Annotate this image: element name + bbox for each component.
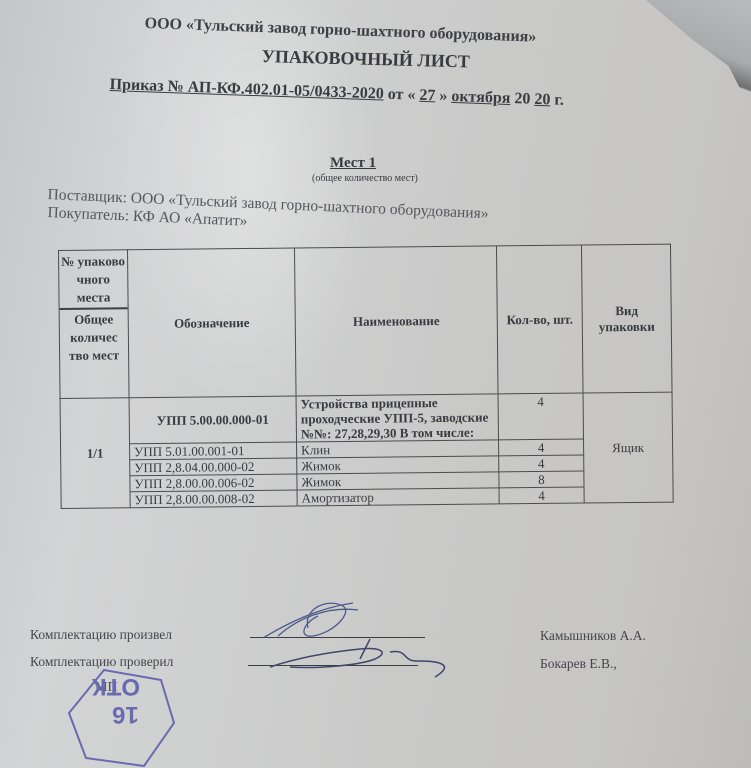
folded-paper-corner [601,0,751,110]
stamp-otk-text: ОТК [92,672,140,700]
sub-qty: 4 [499,439,584,456]
assembled-by-label: Комплектацию произвел [30,627,172,643]
places-count-caption: (общее количество мест) [312,173,418,184]
order-prefix: Приказ № [109,76,188,96]
sub-designation: УПП 2,8.00.00.008-02 [130,490,297,508]
sub-designation: УПП 2,8.00.00.006-02 [130,474,297,492]
order-month: октября [451,88,511,107]
header-place-total-label: Общее количес тво мест [60,309,129,366]
main-name: Устройства прицепные проходческие УПП-5,… [296,394,498,442]
checked-by-name: Бокарев Е.В., [540,656,617,672]
table-row-main: 1/1 УПП 5.00.00.000-01 Устройства прицеп… [60,392,672,444]
company-name: ООО «Тульский завод горно-шахтного обору… [144,15,536,47]
place-value: 1/1 [60,398,130,509]
header-designation: Обозначение [128,248,297,398]
order-year: 20 [534,91,551,109]
document-title: УПАКОВОЧНЫЙ ЛИСТ [261,46,470,72]
date-from: от « [383,86,419,104]
package-value: Ящик [583,392,673,503]
year-prefix: 20 [510,90,535,108]
order-day: 27 [419,87,436,105]
order-number: АП-КФ.402.01-05/0433-2020 [187,79,384,103]
order-line: Приказ № АП-КФ.402.01-05/0433-2020 от « … [109,76,564,110]
sub-designation: УПП 5.01.00.001-01 [130,442,297,460]
sub-designation: УПП 2,8.04.00.000-02 [130,458,297,476]
assembled-by-name: Камышников А.А. [540,628,646,644]
stamp-number: 16 [112,700,139,728]
table-header-row: № упаково чного места Общее количес тво … [59,244,673,398]
sub-name: Амортизатор [297,488,499,506]
main-designation: УПП 5.00.00.000-01 [129,396,296,444]
sub-qty: 4 [499,487,584,504]
packing-table: № упаково чного места Общее количес тво … [58,244,674,509]
header-name: Наименование [294,246,498,396]
signature-scribble-1 [258,598,368,642]
header-place-number-label: № упаково чного места [59,250,128,310]
header-qty: Кол-во, шт. [496,245,583,394]
sub-qty: 8 [499,471,584,488]
main-qty: 4 [498,393,583,440]
places-count: Мест 1 [330,155,376,172]
year-end: г. [550,91,564,108]
signature-scribble-2 [250,637,460,681]
header-package: Вид упаковки [581,244,672,393]
date-mid: » [435,87,452,105]
header-place-number: № упаково чного места Общее количес тво … [59,250,130,399]
sub-qty: 4 [499,455,584,472]
